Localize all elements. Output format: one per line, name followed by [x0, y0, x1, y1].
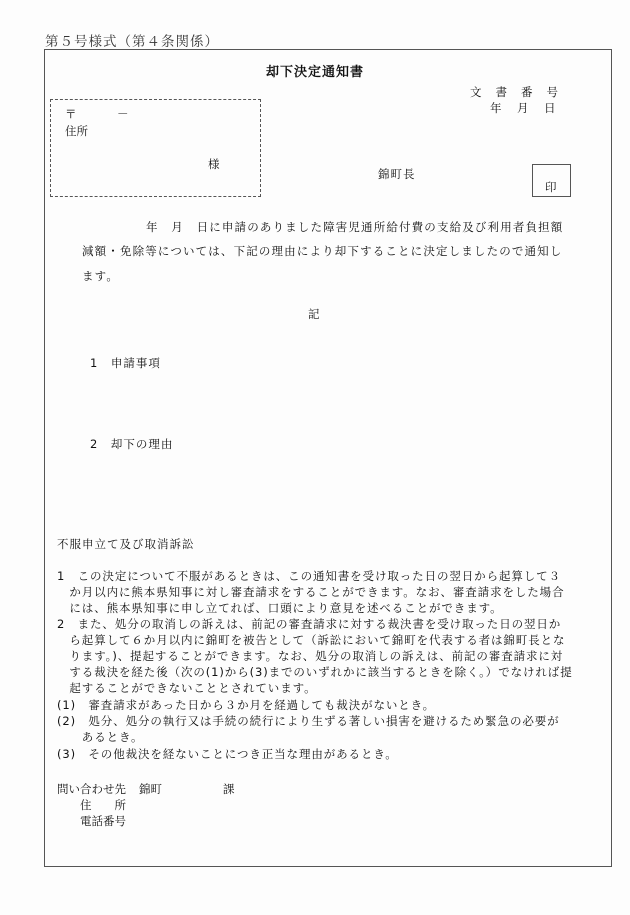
doc-number-char: 文 — [470, 84, 496, 100]
recipient-address-box — [50, 99, 261, 197]
contact-town: 錦町 — [139, 781, 162, 797]
postal-mark: 〒 — [65, 106, 77, 122]
doc-number-char: 書 — [496, 84, 522, 100]
document-title: 却下決定通知書 — [0, 61, 630, 80]
appeal-line: ります。)、提起することができます。なお、処分の取消しの訴えは、前記の審査請求に… — [57, 648, 563, 664]
date-day: 日 — [544, 100, 571, 116]
appeal-line: ら起算して６か月以内に錦町を被告として（訴訟において錦町を代表する者は錦町長とな — [57, 632, 565, 648]
date-month: 月 — [517, 100, 544, 116]
item-rejection-reason: 2 却下の理由 — [90, 436, 173, 452]
appeal-line: する裁決を経た後（次の(1)から(3)までのいずれかに該当するときを除く。）でな… — [57, 664, 573, 680]
contact-label: 問い合わせ先 — [57, 781, 126, 797]
appeal-line: 起することができないこととされています。 — [57, 680, 316, 696]
appeal-line: 2 また、処分の取消しの訴えは、前記の審査請求に対する裁決書を受け取った日の翌日… — [57, 616, 561, 632]
contact-section: 課 — [223, 781, 235, 797]
ki-heading: 記 — [308, 306, 320, 322]
contact-address-label: 住 所 — [80, 797, 126, 813]
item-application-matter: 1 申請事項 — [90, 355, 161, 371]
contact-phone-label: 電話番号 — [80, 813, 126, 829]
appeal-line: か月以内に熊本県知事に対し審査請求をすることができます。なお、審査請求をした場合 — [57, 584, 564, 600]
intro-line-2: 減額・免除等については、下記の理由により却下することに決定しましたので通知し — [82, 243, 562, 259]
form-number-label: 第５号様式（第４条関係） — [45, 30, 219, 50]
appeal-subitem: あるとき。 — [57, 729, 143, 745]
intro-line-3: ます。 — [82, 268, 119, 284]
intro-line-1: 年 月 日に申請のありました障害児通所給付費の支給及び利用者負担額 — [146, 219, 563, 235]
seal-text: 印 — [545, 179, 557, 195]
appeal-subitem: (3) その他裁決を経ないことにつき正当な理由があるとき。 — [57, 746, 398, 762]
issuer-name: 錦町長 — [378, 166, 416, 182]
appeal-subitem: (2) 処分、処分の執行又は手続の続行により生ずる著しい損害を避けるため緊急の必… — [57, 713, 560, 729]
seal-box: 印 — [532, 164, 571, 197]
appeal-subitem: (1) 審査請求があった日から３か月を経過しても裁決がないとき。 — [57, 697, 435, 713]
doc-number-char: 号 — [547, 84, 573, 100]
appeal-line: には、熊本県知事に申し立てれば、口頭により意見を述べることができます。 — [57, 600, 502, 616]
document-number: 文書番号 — [470, 84, 572, 100]
postal-dash: － — [117, 106, 129, 122]
recipient-address-label: 住所 — [65, 123, 88, 139]
recipient-honorific: 様 — [208, 156, 220, 172]
doc-number-char: 番 — [521, 84, 547, 100]
date-year: 年 — [490, 100, 517, 116]
appeal-heading: 不服申立て及び取消訴訟 — [57, 536, 195, 552]
issue-date: 年月日 — [490, 100, 571, 116]
appeal-line: 1 この決定について不服があるときは、この通知書を受け取った日の翌日から起算して… — [57, 568, 561, 584]
